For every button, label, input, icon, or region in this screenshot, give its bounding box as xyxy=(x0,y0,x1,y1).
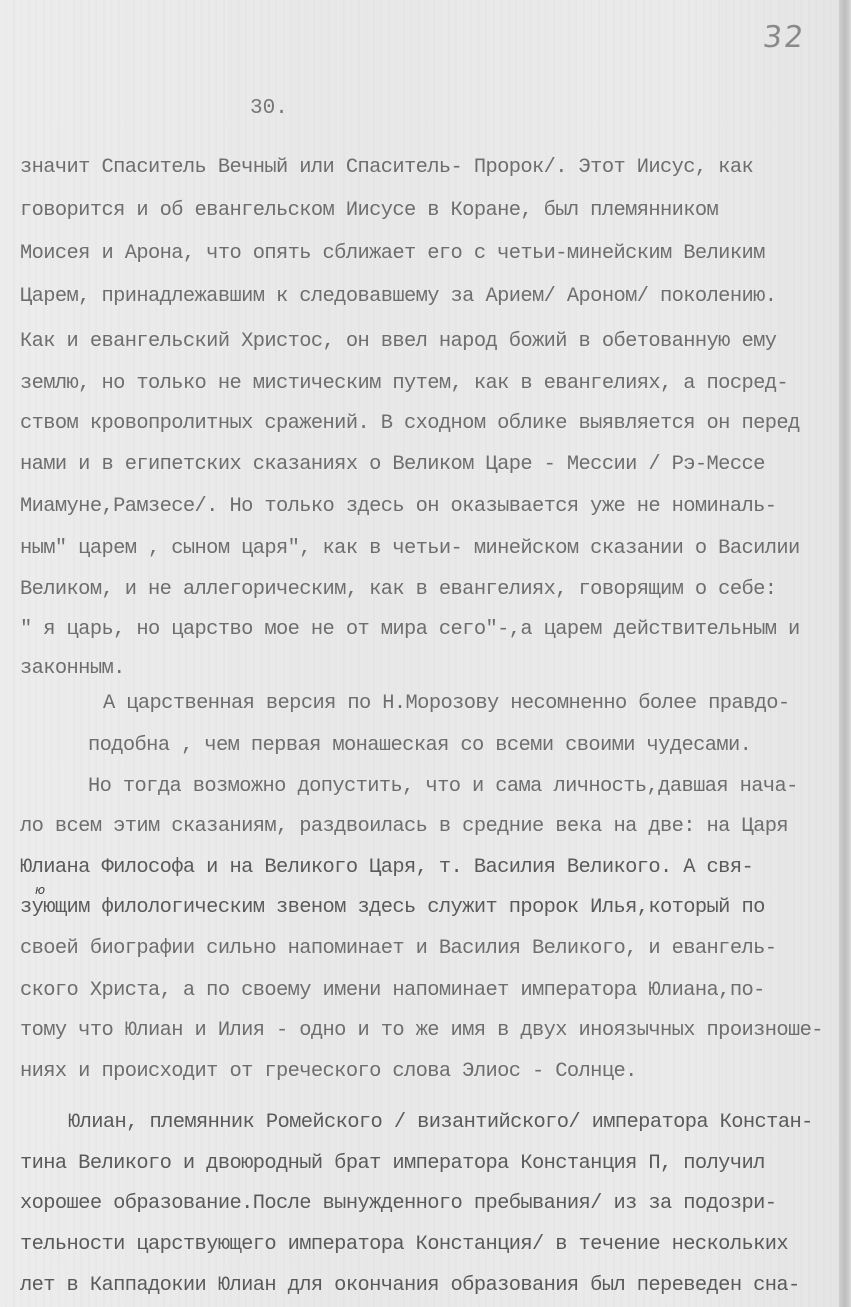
text-line: говорится и об евангельском Иисусе в Кор… xyxy=(20,201,718,221)
text-line: тельности царствующего императора Конста… xyxy=(20,1235,788,1255)
text-line: хорошее образование.После вынужденного п… xyxy=(20,1194,776,1214)
text-line: ством кровопролитных сражений. В сходном… xyxy=(20,414,800,434)
text-line: ным" царем , сыном царя", как в четьи- м… xyxy=(20,539,800,559)
text-line: Но тогда возможно допустить, что и сама … xyxy=(88,777,798,797)
text-line: законным. xyxy=(20,659,125,679)
typed-page-number: 30. xyxy=(250,97,288,120)
text-line: ло всем этим сказаниям, раздвоилась в ср… xyxy=(20,817,788,837)
text-line: " я царь, но царство мое не от мира сего… xyxy=(20,620,800,640)
text-line: Моисея и Арона, что опять сближает его с… xyxy=(20,244,765,264)
text-line: зующим филологическим звеном здесь служи… xyxy=(20,898,765,918)
text-line: Как и евангельский Христос, он ввел наро… xyxy=(20,332,776,352)
handwritten-correction: ю xyxy=(35,883,45,897)
text-line: подобна , чем первая монашеская со всеми… xyxy=(88,736,751,756)
handwritten-sheet-number: 32 xyxy=(761,20,807,55)
text-line: тина Великого и двоюродный брат императо… xyxy=(20,1154,765,1174)
text-line: Великом, и не аллегорическим, как в еван… xyxy=(20,580,776,600)
text-line: А царственная версия по Н.Морозову несом… xyxy=(103,694,790,714)
text-line: Царем, принадлежавшим к следовавшему за … xyxy=(20,287,776,307)
text-line: землю, но только не мистическим путем, к… xyxy=(20,374,788,394)
scanned-page: 32 30. значит Спаситель Вечный или Спаси… xyxy=(0,0,851,1307)
text-line: значит Спаситель Вечный или Спаситель- П… xyxy=(20,158,753,178)
scan-edge-shadow xyxy=(839,0,851,1307)
text-line: своей биографии сильно напоминает и Васи… xyxy=(20,939,776,959)
text-line: Миамуне,Рамзесе/. Но только здесь он ока… xyxy=(20,497,776,517)
text-line: ского Христа, а по своему имени напомина… xyxy=(20,981,765,1001)
text-line: Юлиана Философа и на Великого Царя, т. В… xyxy=(20,858,753,878)
text-line: тому что Юлиан и Илия - одно и то же имя… xyxy=(20,1021,823,1041)
text-line: ниях и происходит от греческого слова Эл… xyxy=(20,1062,637,1082)
text-line: Юлиан, племянник Ромейского / византийск… xyxy=(68,1113,813,1133)
text-line: лет в Каппадокии Юлиан для окончания обр… xyxy=(20,1276,800,1296)
text-line: нами и в египетских сказаниях о Великом … xyxy=(20,455,765,475)
